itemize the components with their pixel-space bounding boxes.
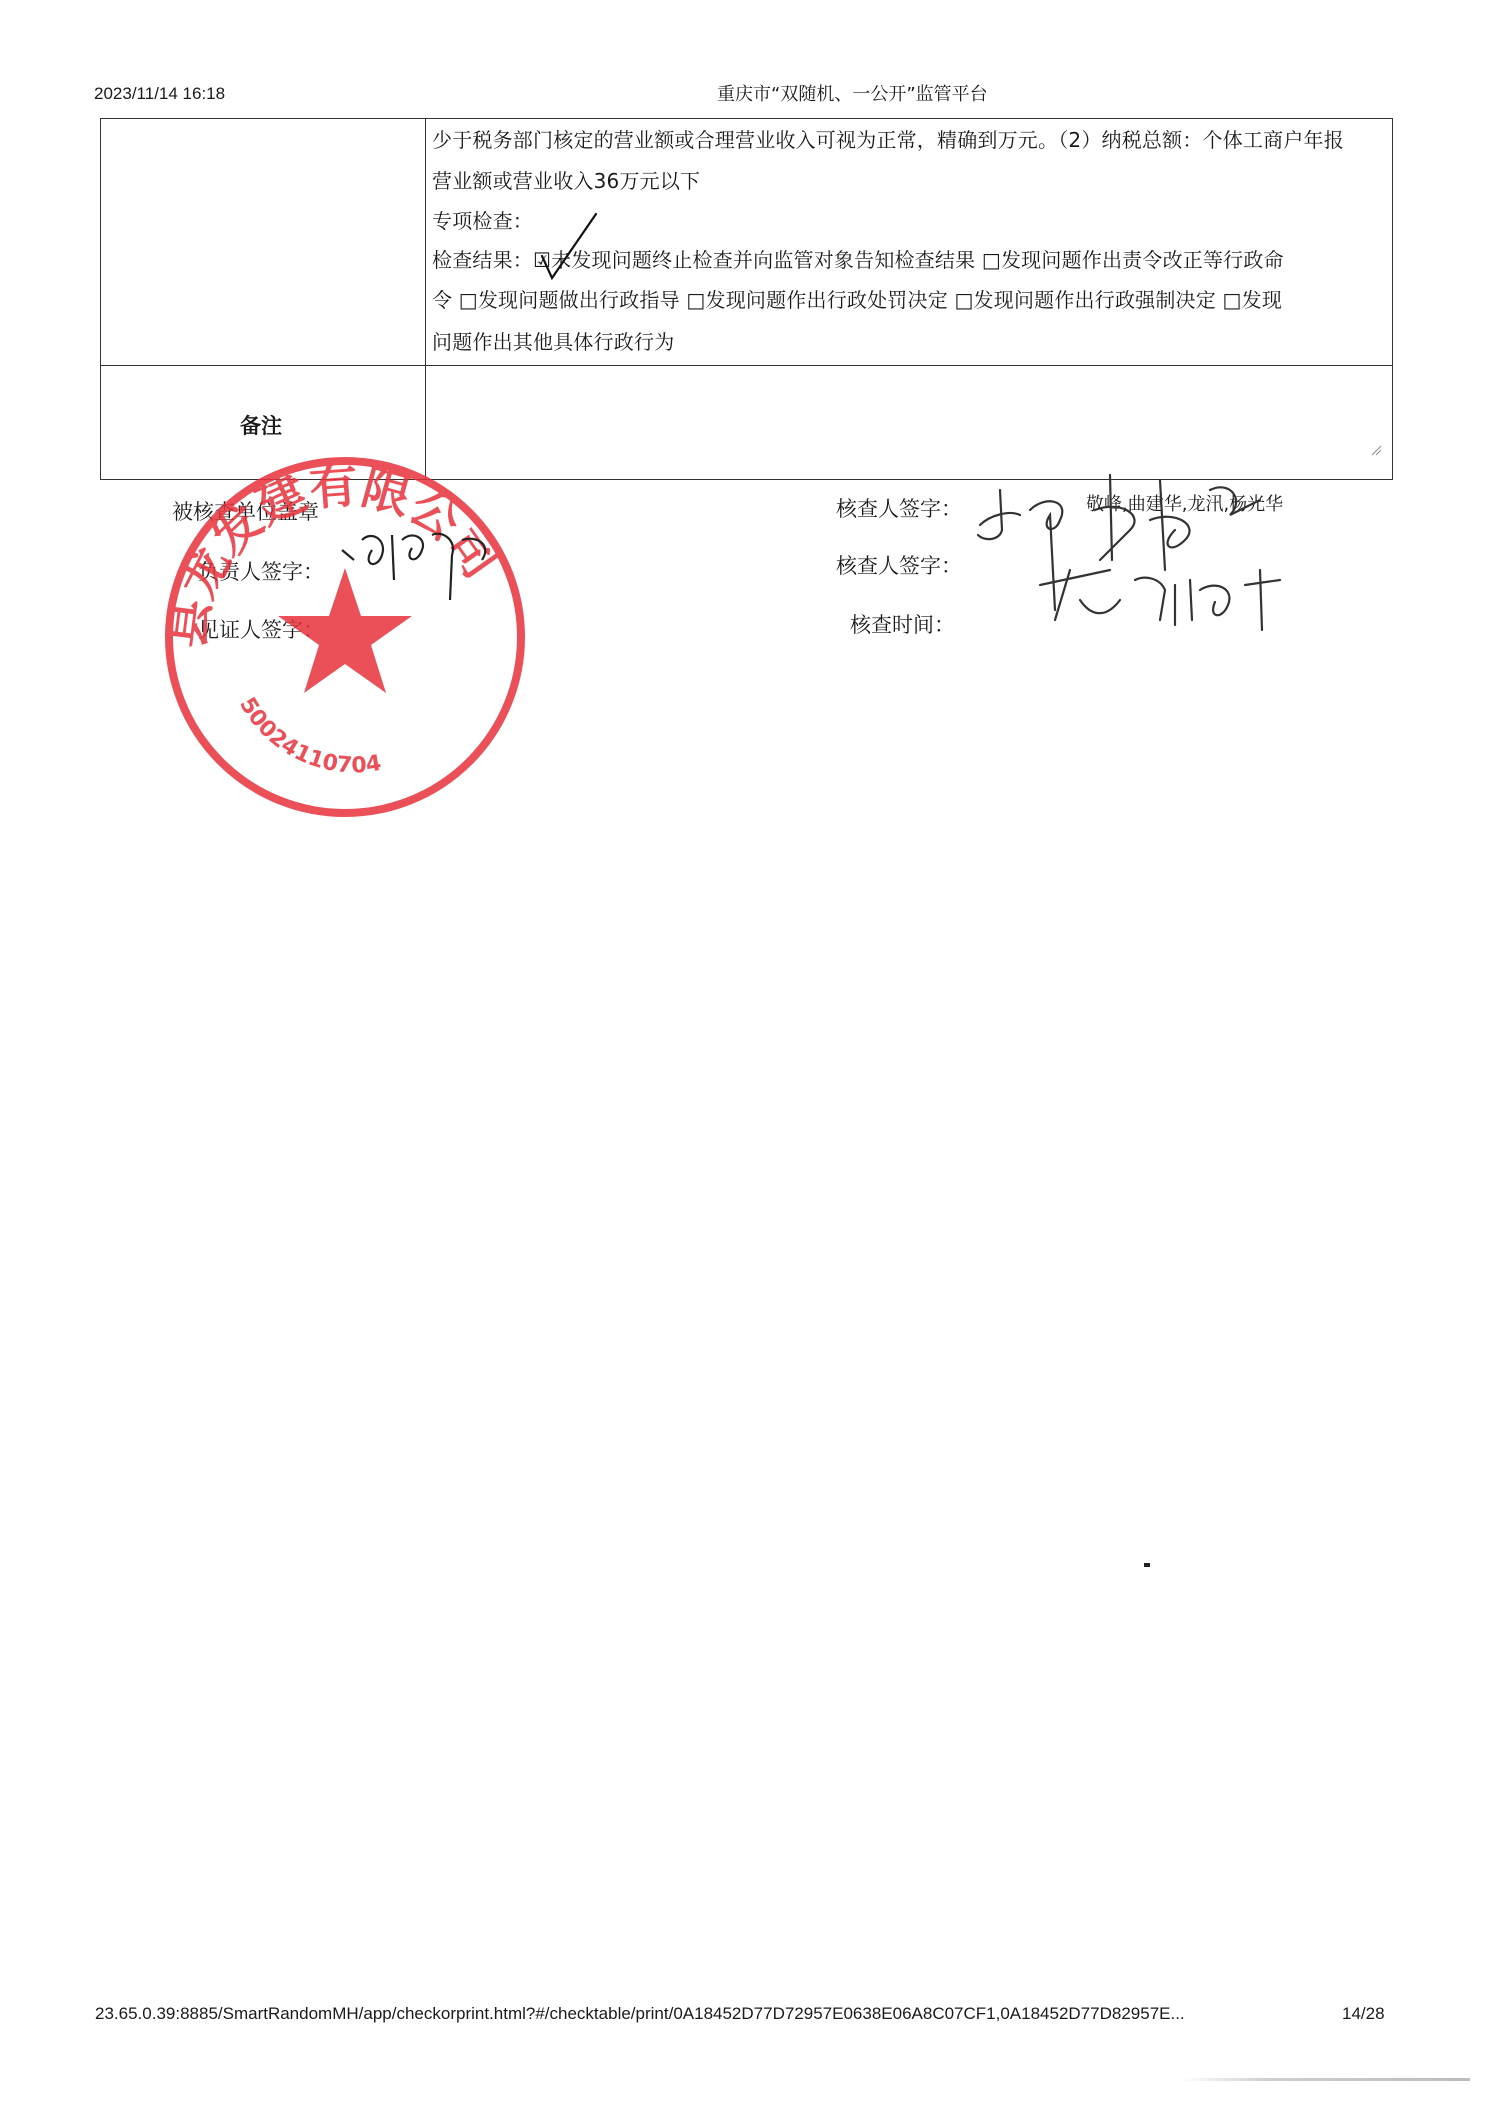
- remark-textarea[interactable]: [430, 370, 1385, 475]
- table-column-divider: [425, 118, 426, 480]
- footer-url: 23.65.0.39:8885/SmartRandomMH/app/checko…: [95, 2004, 1185, 2024]
- content-line-6: 问题作出其他具体行政行为: [432, 326, 674, 355]
- page-title: 重庆市“双随机、一公开”监管平台: [717, 80, 988, 106]
- page-number: 14/28: [1342, 2004, 1385, 2024]
- check-result-options[interactable]: ☑未发现问题终止检查并向监管对象告知检查结果 □发现问题作出责令改正等行政命: [533, 248, 1284, 272]
- company-stamp-icon: 县龙发建有限公司 5002411070420: [158, 450, 532, 824]
- content-line-1: 少于税务部门核定的营业额或合理营业收入可视为正常，精确到万元。（2）纳税总额：个…: [432, 124, 1344, 153]
- checker-signature-label-1: 核查人签字：: [836, 493, 962, 523]
- check-time-label: 核查时间：: [850, 609, 955, 639]
- responsible-handwritten-signature: [332, 520, 502, 630]
- check-result-label: 检查结果：: [432, 248, 533, 272]
- print-timestamp: 2023/11/14 16:18: [94, 84, 225, 104]
- remark-label: 备注: [240, 410, 282, 440]
- content-line-2: 营业额或营业收入36万元以下: [432, 165, 700, 194]
- scan-edge-line: [1180, 2078, 1470, 2081]
- handwritten-checkmark-icon: [538, 212, 598, 282]
- content-line-5: 令 □发现问题做出行政指导 □发现问题作出行政处罚决定 □发现问题作出行政强制决…: [432, 284, 1282, 313]
- checker-signature-label-2: 核查人签字：: [836, 550, 962, 580]
- table-row-divider: [100, 365, 1393, 366]
- scan-speck: [1144, 1563, 1150, 1567]
- special-inspection-label: 专项检查：: [432, 205, 533, 234]
- resize-grip-icon[interactable]: [1370, 444, 1382, 456]
- checker-handwritten-signatures: [960, 470, 1320, 640]
